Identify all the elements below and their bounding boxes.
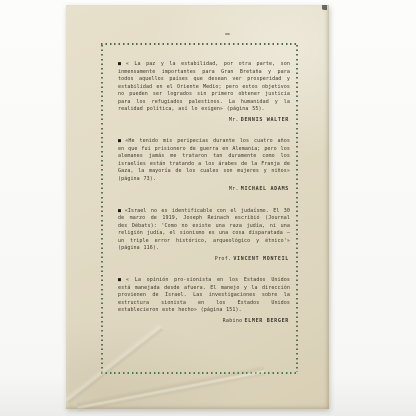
quotes-column: ■« La paz y la estabilidad, por otra par… — [118, 61, 290, 325]
attribution-name: DENNIS WALTER — [241, 117, 289, 123]
quote-attribution: Prof.VINCENT MONTEIL — [118, 256, 290, 264]
quote-block-4: ■« La opinión pro-sionista en los Estado… — [118, 277, 290, 325]
ink-speck — [225, 33, 230, 35]
attribution-name: VINCENT MONTEIL — [233, 256, 289, 262]
square-bullet-icon: ■ — [118, 277, 123, 283]
quote-text: «Israel no es identificable con el judaí… — [118, 208, 290, 252]
attribution-name: MICHAEL ADAMS — [241, 186, 289, 192]
quote-block-1: ■« La paz y la estabilidad, por otra par… — [118, 61, 290, 124]
attribution-prefix: Mr. — [229, 186, 239, 192]
attribution-prefix: Mr. — [229, 117, 239, 123]
square-bullet-icon: ■ — [118, 208, 122, 214]
photo-background: ■« La paz y la estabilidad, por otra par… — [0, 0, 416, 416]
quote-block-3: ■«Israel no es identificable con el juda… — [118, 208, 290, 264]
quote-paragraph: ■« La opinión pro-sionista en los Estado… — [118, 277, 290, 315]
quote-paragraph: ■«He tenido mis peripecias durante los c… — [118, 138, 290, 183]
attribution-prefix: Prof. — [215, 256, 232, 262]
quote-attribution: Mr.DENNIS WALTER — [118, 117, 290, 125]
dotted-border-left — [101, 45, 103, 372]
quote-text: « La opinión pro-sionista en los Estados… — [118, 277, 290, 313]
corner-speck — [322, 5, 327, 10]
attribution-name: ELMER BERGER — [244, 318, 289, 324]
quote-attribution: RabinoELMER BERGER — [118, 318, 290, 326]
quote-paragraph: ■« La paz y la estabilidad, por otra par… — [118, 61, 290, 114]
square-bullet-icon: ■ — [118, 138, 122, 144]
quote-paragraph: ■«Israel no es identificable con el juda… — [118, 208, 290, 253]
quote-text: «He tenido mis peripecias durante los cu… — [118, 138, 290, 182]
quote-attribution: Mr.MICHAEL ADAMS — [118, 186, 290, 194]
quote-text: « La paz y la estabilidad, por otra part… — [118, 61, 290, 112]
dotted-border-bottom — [101, 372, 298, 374]
document-page: ■« La paz y la estabilidad, por otra par… — [66, 5, 329, 409]
quote-block-2: ■«He tenido mis peripecias durante los c… — [118, 138, 290, 194]
attribution-prefix: Rabino — [223, 318, 243, 324]
dotted-border-right — [296, 45, 298, 372]
square-bullet-icon: ■ — [118, 61, 123, 67]
dotted-border-top — [101, 43, 298, 45]
